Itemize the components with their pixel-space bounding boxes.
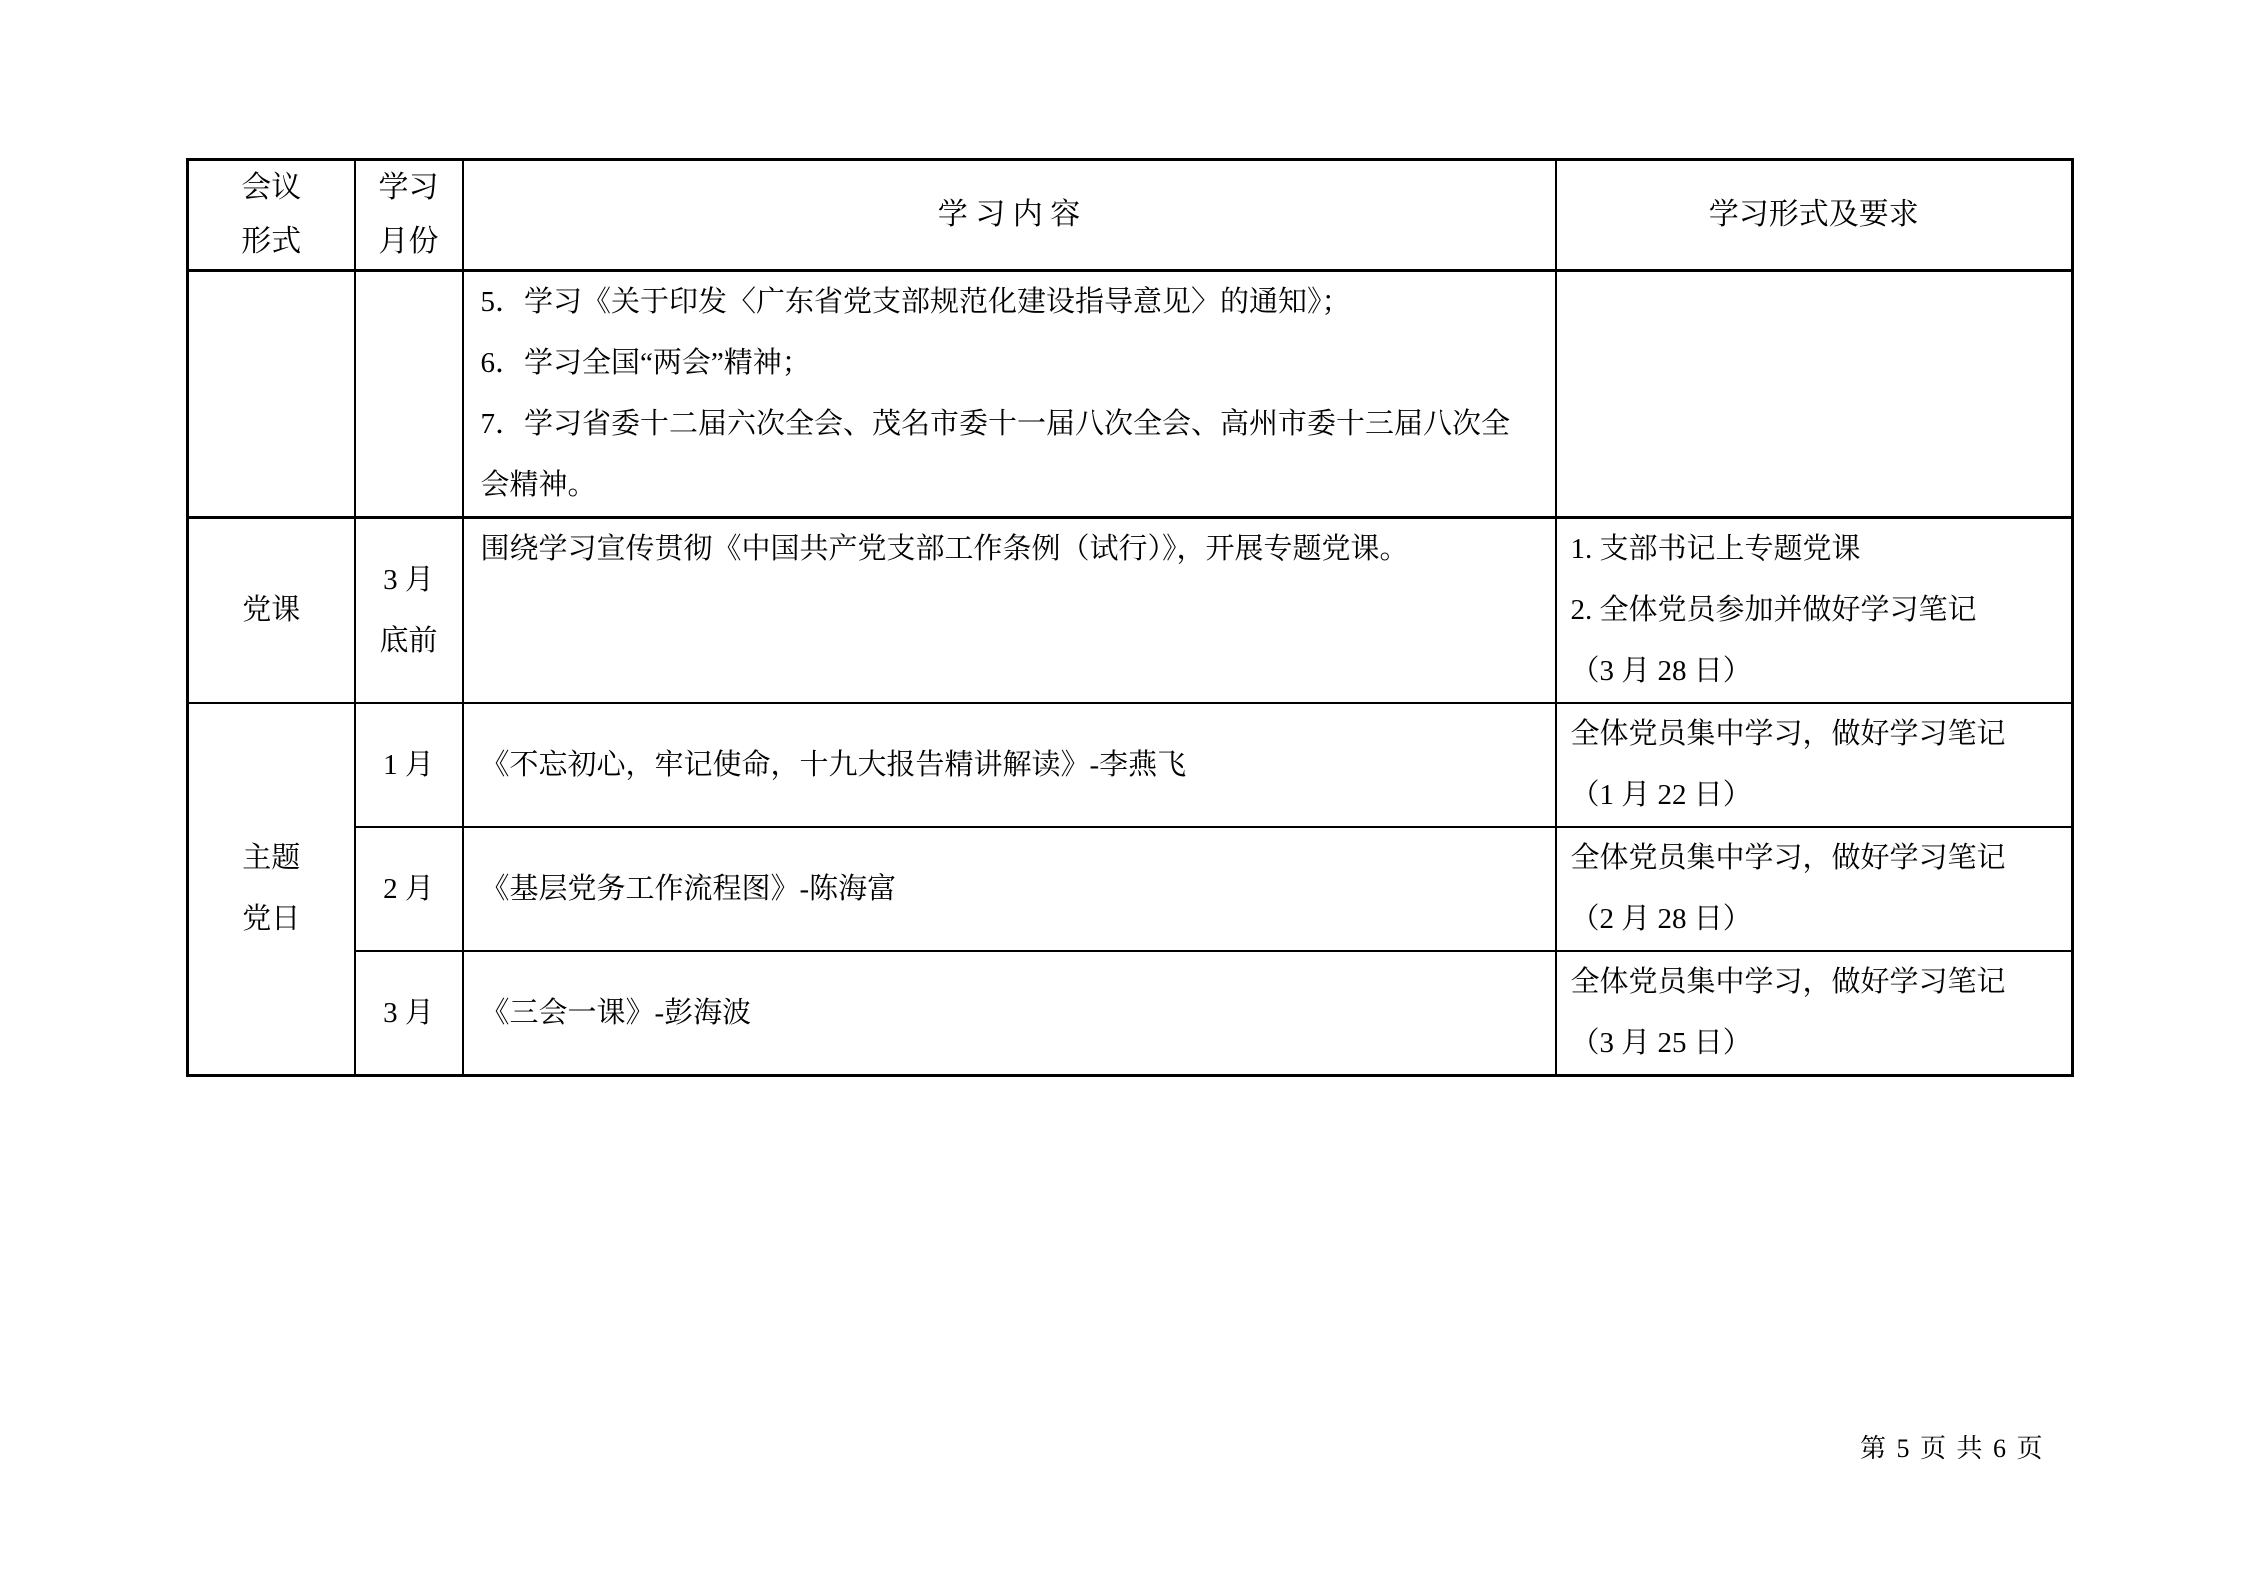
table-header-row: 会议 形式 学习 月份 学 习 内 容 学习形式及要求 [188, 160, 2073, 271]
row-dangke: 党课 3 月 底前 围绕学习宣传贯彻《中国共产党支部工作条例（试行）》，开展专题… [188, 518, 2073, 704]
cell-month-february: 2 月 [355, 827, 463, 951]
cell-format-theme-day: 主题 党日 [188, 703, 355, 1076]
header-study-month-line2: 月份 [356, 215, 462, 269]
row-theme-day-march: 3 月 《三会一课》-彭海波 全体党员集中学习，做好学习笔记 （3 月 25 日… [188, 951, 2073, 1076]
row-theme-day-january: 主题 党日 1 月 《不忘初心，牢记使命，十九大报告精讲解读》-李燕飞 全体党员… [188, 703, 2073, 827]
cell-month-march-end: 3 月 底前 [355, 518, 463, 704]
cell-format-empty [188, 271, 355, 518]
cell-month-january: 1 月 [355, 703, 463, 827]
row-theme-day-february: 2 月 《基层党务工作流程图》-陈海富 全体党员集中学习，做好学习笔记 （2 月… [188, 827, 2073, 951]
cell-dangke-requirements: 1. 支部书记上专题党课 2. 全体党员参加并做好学习笔记 （3 月 28 日） [1556, 518, 2073, 704]
requirement-line-1: 全体党员集中学习，做好学习笔记 [1571, 952, 2058, 1013]
cell-format-dangke: 党课 [188, 518, 355, 704]
requirement-line-1: 1. 支部书记上专题党课 [1571, 519, 2058, 580]
cell-content-february: 《基层党务工作流程图》-陈海富 [463, 827, 1556, 951]
theme-day-line1: 主题 [189, 828, 354, 889]
content-item-7: 7．学习省委十二届六次全会、茂名市委十一届八次全会、高州市委十三届八次全会精神。 [481, 394, 1538, 516]
requirement-line-3: （3 月 28 日） [1571, 641, 2058, 702]
month-line2: 底前 [356, 611, 462, 672]
cell-month-empty [355, 271, 463, 518]
requirement-line-1: 全体党员集中学习，做好学习笔记 [1571, 828, 2058, 889]
requirement-line-2: 2. 全体党员参加并做好学习笔记 [1571, 580, 2058, 641]
header-study-month-line1: 学习 [356, 161, 462, 215]
cell-requirements-march: 全体党员集中学习，做好学习笔记 （3 月 25 日） [1556, 951, 2073, 1076]
requirement-line-2: （2 月 28 日） [1571, 889, 2058, 950]
cell-dangke-content: 围绕学习宣传贯彻《中国共产党支部工作条例（试行）》，开展专题党课。 [463, 518, 1556, 704]
month-line1: 3 月 [356, 550, 462, 611]
content-item-5: 5．学习《关于印发〈广东省党支部规范化建设指导意见〉的通知》； [481, 272, 1538, 333]
requirement-line-1: 全体党员集中学习，做好学习笔记 [1571, 704, 2058, 765]
cell-requirements-february: 全体党员集中学习，做好学习笔记 （2 月 28 日） [1556, 827, 2073, 951]
requirement-line-2: （1 月 22 日） [1571, 765, 2058, 826]
content-item-6: 6．学习全国“两会”精神； [481, 333, 1538, 394]
cell-content-january: 《不忘初心，牢记使命，十九大报告精讲解读》-李燕飞 [463, 703, 1556, 827]
theme-day-line2: 党日 [189, 889, 354, 950]
row-continued-items: 5．学习《关于印发〈广东省党支部规范化建设指导意见〉的通知》； 6．学习全国“两… [188, 271, 2073, 518]
header-meeting-format-line2: 形式 [189, 215, 354, 269]
page-number: 第 5 页 共 6 页 [1860, 1428, 2045, 1465]
requirement-line-2: （3 月 25 日） [1571, 1013, 2058, 1074]
header-meeting-format-line1: 会议 [189, 161, 354, 215]
cell-requirements-january: 全体党员集中学习，做好学习笔记 （1 月 22 日） [1556, 703, 2073, 827]
header-study-content: 学 习 内 容 [463, 160, 1556, 271]
cell-content-march: 《三会一课》-彭海波 [463, 951, 1556, 1076]
cell-continued-content: 5．学习《关于印发〈广东省党支部规范化建设指导意见〉的通知》； 6．学习全国“两… [463, 271, 1556, 518]
header-study-month: 学习 月份 [355, 160, 463, 271]
cell-month-march: 3 月 [355, 951, 463, 1076]
cell-requirements-empty [1556, 271, 2073, 518]
header-study-requirements: 学习形式及要求 [1556, 160, 2073, 271]
header-meeting-format: 会议 形式 [188, 160, 355, 271]
study-schedule-table: 会议 形式 学习 月份 学 习 内 容 学习形式及要求 5．学习《关于印发〈广东… [186, 158, 2074, 1077]
